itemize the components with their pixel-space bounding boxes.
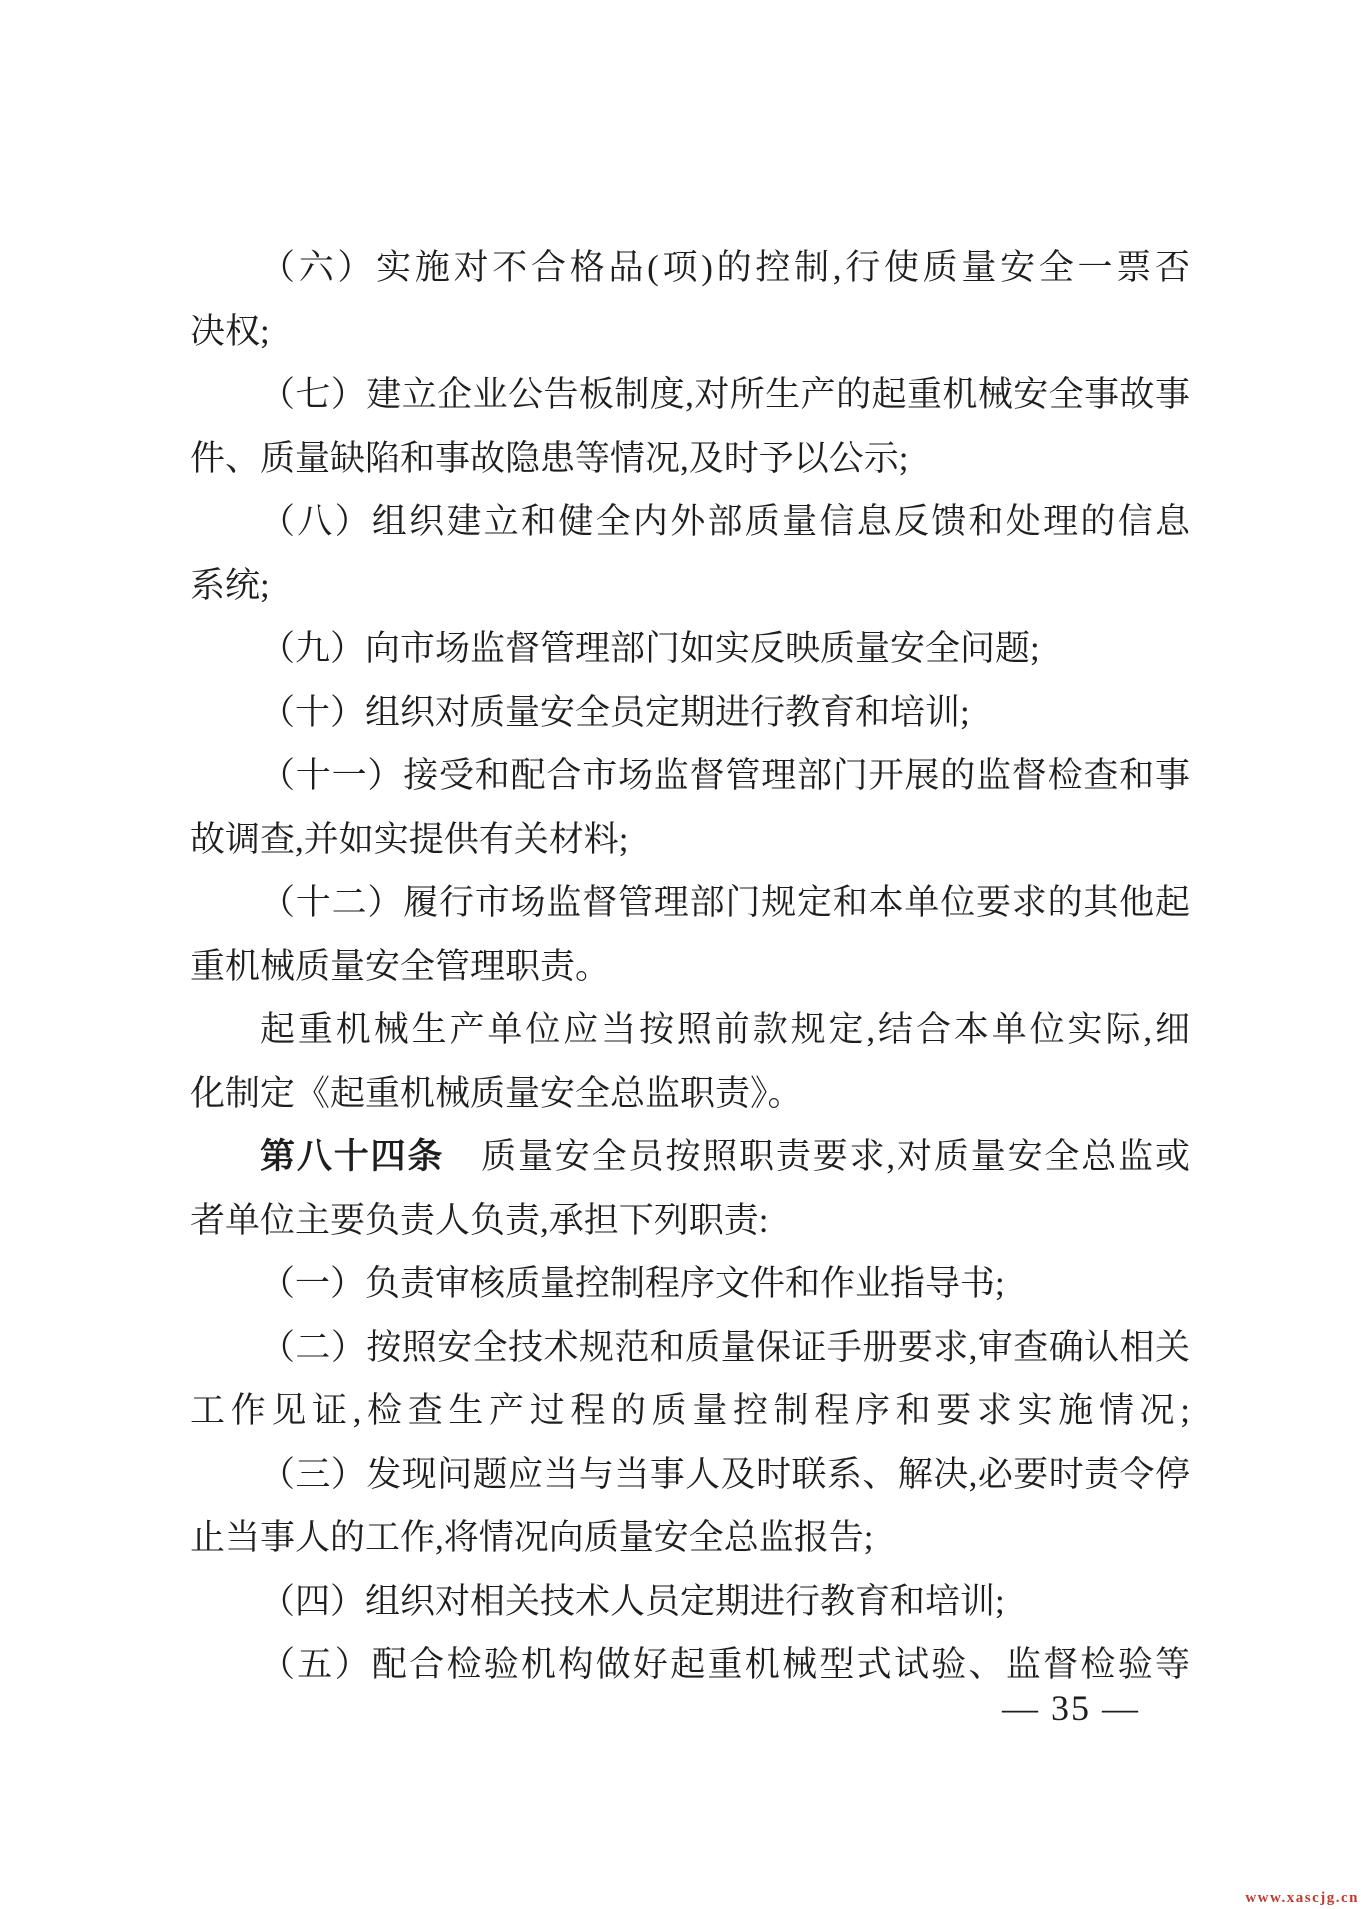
text-line: （五）配合检验机构做好起重机械型式试验、监督检验等 xyxy=(190,1633,1190,1697)
text-line: 止当事人的工作,将情况向质量安全总监报告; xyxy=(190,1506,1190,1570)
article-text: 质量安全员按照职责要求,对质量安全总监或 xyxy=(444,1137,1190,1176)
text-line: 系统; xyxy=(190,554,1190,618)
article-number: 第八十四条 xyxy=(260,1137,444,1176)
text-line: （四）组织对相关技术人员定期进行教育和培训; xyxy=(190,1570,1190,1634)
text-line: 重机械质量安全管理职责。 xyxy=(190,935,1190,999)
text-line: 化制定《起重机械质量安全总监职责》。 xyxy=(190,1062,1190,1126)
document-page: （六）实施对不合格品(项)的控制,行使质量安全一票否 决权; （七）建立企业公告… xyxy=(0,0,1361,1909)
text-line: 第八十四条 质量安全员按照职责要求,对质量安全总监或 xyxy=(190,1125,1190,1189)
text-line: （二）按照安全技术规范和质量保证手册要求,审查确认相关 xyxy=(190,1316,1190,1380)
text-line: 起重机械生产单位应当按照前款规定,结合本单位实际,细 xyxy=(190,998,1190,1062)
text-line: （七）建立企业公告板制度,对所生产的起重机械安全事故事 xyxy=(190,363,1190,427)
text-line: 件、质量缺陷和事故隐患等情况,及时予以公示; xyxy=(190,427,1190,491)
text-line: 决权; xyxy=(190,300,1190,364)
text-line: 者单位主要负责人负责,承担下列职责: xyxy=(190,1189,1190,1253)
text-line: （一）负责审核质量控制程序文件和作业指导书; xyxy=(190,1252,1190,1316)
text-line: （十二）履行市场监督管理部门规定和本单位要求的其他起 xyxy=(190,871,1190,935)
text-line: （六）实施对不合格品(项)的控制,行使质量安全一票否 xyxy=(190,236,1190,300)
text-line: （十）组织对质量安全员定期进行教育和培训; xyxy=(190,681,1190,745)
watermark-url: www.xascjg.cn xyxy=(1245,1890,1359,1907)
document-body: （六）实施对不合格品(项)的控制,行使质量安全一票否 决权; （七）建立企业公告… xyxy=(190,236,1190,1697)
text-line: 故调查,并如实提供有关材料; xyxy=(190,808,1190,872)
text-line: （八）组织建立和健全内外部质量信息反馈和处理的信息 xyxy=(190,490,1190,554)
text-line: 工作见证,检查生产过程的质量控制程序和要求实施情况; xyxy=(190,1379,1190,1443)
text-line: （三）发现问题应当与当事人及时联系、解决,必要时责令停 xyxy=(190,1443,1190,1507)
page-number: — 35 — xyxy=(1002,1688,1140,1728)
text-line: （九）向市场监督管理部门如实反映质量安全问题; xyxy=(190,617,1190,681)
text-line: （十一）接受和配合市场监督管理部门开展的监督检查和事 xyxy=(190,744,1190,808)
